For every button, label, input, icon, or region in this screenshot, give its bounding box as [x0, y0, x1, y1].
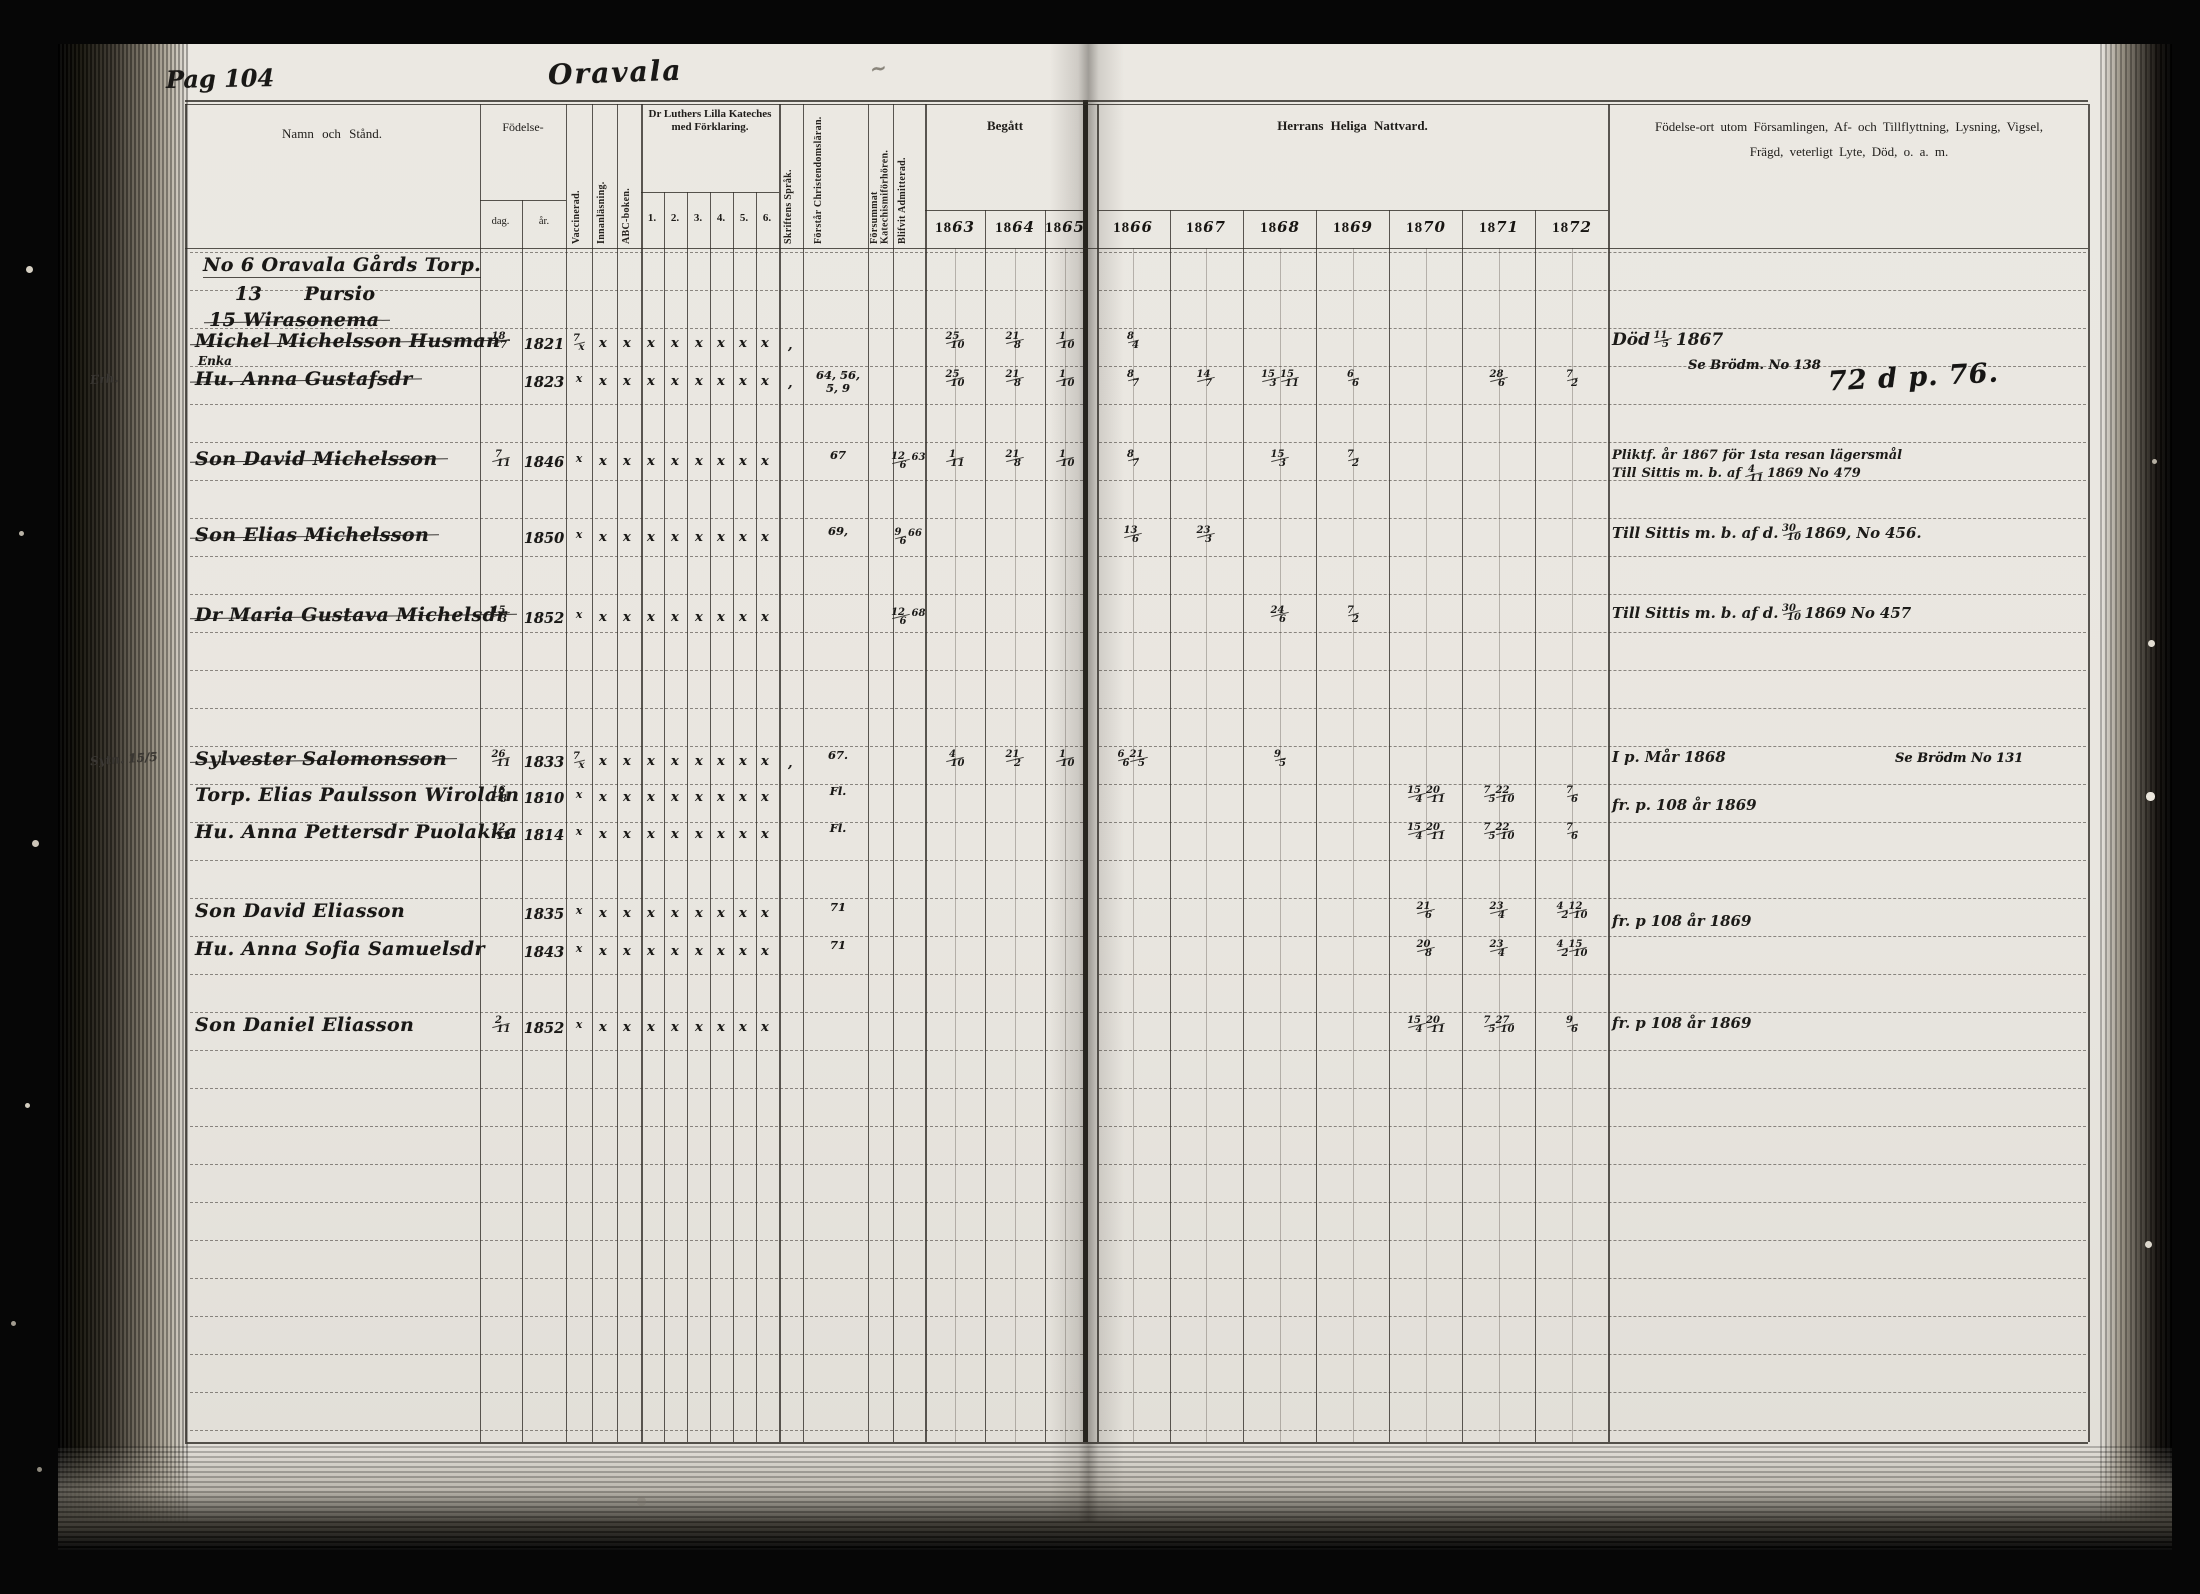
language-mark: , — [788, 376, 793, 391]
grid-column-line — [2088, 104, 2090, 1442]
birth-year-cell: 1850 — [522, 530, 566, 547]
mark-text: Mår — [1645, 748, 1679, 766]
date-fraction: 76 — [1568, 786, 1577, 804]
ledger-scan: Pag 104 Oravala ~ Namn och Stånd. Födels… — [0, 0, 2200, 1594]
ruled-line — [190, 480, 1083, 481]
exam-mark: x — [761, 1020, 769, 1035]
mark-text: 1869 — [1710, 912, 1752, 930]
date-fraction: 2011 — [1428, 1016, 1444, 1034]
page-number: Pag 104 — [166, 63, 275, 94]
date-fraction: 153 — [493, 606, 509, 624]
book-left-edge — [58, 44, 190, 1522]
mark-text: d. — [1763, 604, 1779, 622]
ruled-line — [1099, 594, 2086, 595]
ruled-line — [190, 1354, 1083, 1355]
ruled-line — [190, 670, 1083, 671]
birth-year-cell: 1846 — [522, 454, 566, 471]
year-cell-1866: 136 — [1101, 526, 1165, 544]
date-fraction: 75 — [1485, 823, 1494, 841]
mark-text: Till — [1612, 524, 1640, 542]
date-fraction: 2210 — [1497, 786, 1513, 804]
mark-text: år — [1687, 912, 1705, 930]
remark-text: Ip.Mår1868 — [1612, 748, 1726, 766]
ruled-line — [1099, 860, 2086, 861]
ruled-line — [1099, 746, 2086, 747]
mark-text: No — [1851, 604, 1875, 622]
year-cell-1871: 752210 — [1467, 786, 1531, 804]
page-title: Oravala — [547, 54, 683, 92]
person-name: Son David Eliasson — [195, 900, 405, 922]
mark-text: p. — [1635, 796, 1651, 814]
ruled-line — [190, 1240, 1083, 1241]
year-header-1866: 1866 — [1113, 218, 1153, 237]
birth-day-cell: 711 — [477, 450, 525, 468]
exam-mark: x — [623, 610, 631, 625]
year-cell-1868: 1531511 — [1248, 370, 1312, 388]
person-name: Hu. Anna Sofia Samuelsdr — [195, 938, 485, 960]
mark-text: 479 — [1834, 466, 1861, 481]
language-mark: , — [788, 338, 793, 353]
date-fraction: 410 — [947, 750, 963, 768]
exam-mark: x — [695, 530, 703, 545]
date-fraction: 411 — [1746, 465, 1762, 483]
date-fraction: 212 — [1007, 750, 1023, 768]
birth-year-cell: 1833 — [522, 754, 566, 771]
date-fraction: 2611 — [493, 750, 509, 768]
mark-text: 1869 — [1715, 796, 1757, 814]
date-fraction: 2011 — [1428, 786, 1444, 804]
birth-year-cell: 1852 — [522, 1020, 566, 1037]
ruled-line — [190, 518, 1083, 519]
mark-text: af — [1742, 604, 1758, 622]
ruled-line — [1099, 974, 2086, 975]
exam-mark: x — [623, 906, 631, 921]
col-header-forstar-christendomslaran: Förstår Christendomsläran. — [814, 110, 825, 244]
birth-day-cell: 153 — [477, 606, 525, 624]
grid-subcolumn-line — [1280, 248, 1281, 1442]
mark-text: fr. — [1612, 912, 1630, 930]
exam-mark: x — [671, 944, 679, 959]
date-fraction: 126 — [893, 608, 909, 626]
date-fraction: 218 — [1007, 332, 1023, 350]
exam-mark: x — [599, 454, 607, 469]
year-cell-1866: 66215 — [1101, 750, 1165, 768]
mark-text: 1868 — [1684, 748, 1726, 766]
grid-subcolumn-line — [1065, 248, 1066, 1442]
col-header-vaccinerad: Vaccinerad. — [572, 110, 583, 244]
col-header-namn: Namn och Stånd. — [207, 126, 457, 142]
mark-text: 1869 — [1710, 1014, 1752, 1032]
vaccination-cell: x — [564, 1018, 594, 1031]
date-fraction: 87 — [1129, 370, 1138, 388]
exam-mark: x — [599, 610, 607, 625]
mark-text: x — [576, 1018, 583, 1031]
grid-subcolumn-line — [1572, 248, 1573, 1442]
mark-text: x — [576, 942, 583, 955]
col-header-remarks-line2: Frägd, veterligt Lyte, Död, o. a. m. — [1618, 139, 2080, 164]
date-fraction: 72 — [1349, 606, 1358, 624]
forstar-value: 67 — [810, 448, 866, 462]
grid-row-line — [185, 100, 2088, 102]
date-fraction: 7x — [575, 752, 584, 770]
forstar-value: 71 — [810, 938, 866, 952]
ruled-line — [1099, 670, 2086, 671]
date-fraction: 1210 — [1570, 902, 1586, 920]
year-cell-1869: 66 — [1321, 370, 1385, 388]
vaccination-cell: x — [564, 372, 594, 385]
ruled-line — [1099, 1202, 2086, 1203]
grid-subcolumn-line — [1426, 248, 1427, 1442]
grid-row-line — [925, 210, 1085, 211]
year-cell-1868: 95 — [1248, 750, 1312, 768]
mark-text: 108 — [1656, 796, 1687, 814]
year-cell-1870: 1542011 — [1394, 786, 1458, 804]
year-cell-1866: 87 — [1101, 370, 1165, 388]
exam-mark: x — [717, 1020, 725, 1035]
person-name: 15 Wirasonema — [209, 309, 380, 331]
mark-text: af — [1742, 524, 1758, 542]
mark-text: för — [1723, 448, 1744, 463]
year-cell-1866: 84 — [1101, 332, 1165, 350]
ruled-line — [1099, 290, 2086, 291]
ruled-line — [190, 860, 1083, 861]
mark-text: x — [576, 372, 583, 385]
exam-mark: x — [761, 790, 769, 805]
year-cell-1872: 421210 — [1540, 902, 1604, 920]
date-fraction: 216 — [1418, 902, 1434, 920]
remark-text: TillSittism.b.af4111869No479 — [1612, 465, 1861, 483]
mark-text: p. — [1624, 748, 1640, 766]
mark-text: lägersmål — [1830, 448, 1902, 463]
date-fraction: 72 — [1349, 450, 1358, 468]
year-handwritten: 69 — [1350, 218, 1373, 236]
exam-mark: x — [695, 827, 703, 842]
exam-mark: x — [623, 374, 631, 389]
exam-mark: x — [695, 790, 703, 805]
remark-reference: Se Brödm. No 138 — [1688, 358, 1821, 373]
exam-mark: x — [623, 944, 631, 959]
exam-mark: x — [739, 906, 747, 921]
mark-text: år — [1687, 1014, 1705, 1032]
year-cell-1872: 76 — [1540, 786, 1604, 804]
forstar-value: 64, 56, — [810, 368, 866, 382]
year-printed: 18 — [1333, 220, 1350, 236]
mark-text: 1869 — [1804, 604, 1846, 622]
exam-mark: x — [695, 944, 703, 959]
date-fraction: 208 — [1418, 940, 1434, 958]
ruled-line — [1099, 1392, 2086, 1393]
year-handwritten: 65 — [1062, 218, 1085, 236]
exam-mark: x — [761, 610, 769, 625]
grid-column-line — [925, 104, 927, 1442]
year-cell-1872: 96 — [1540, 1016, 1604, 1034]
date-fraction: 3010 — [1784, 604, 1800, 622]
exam-mark: x — [717, 530, 725, 545]
mark-text: No — [1856, 524, 1880, 542]
grid-column-line — [868, 104, 869, 1442]
year-handwritten: 68 — [1277, 218, 1300, 236]
col-header-dag: dag. — [479, 216, 522, 227]
grid-column-line — [779, 104, 781, 1442]
mark-text: fr. — [1612, 796, 1630, 814]
mark-text: resan — [1785, 448, 1825, 463]
kateches-number: 6. — [763, 212, 771, 224]
birth-day-cell: 2611 — [477, 750, 525, 768]
year-cell-1868: 153 — [1248, 450, 1312, 468]
ruled-line — [1099, 784, 2086, 785]
remark-text: fr.p.108år1869 — [1612, 796, 1757, 814]
person-name: Michel Michelsson Husman — [195, 330, 500, 352]
exam-mark: x — [695, 906, 703, 921]
mark-text: No — [1808, 466, 1829, 481]
ruled-line — [190, 746, 1083, 747]
ruled-line — [1099, 632, 2086, 633]
year-cell-1872: 72 — [1540, 370, 1604, 388]
date-fraction: 42 — [1558, 940, 1567, 958]
grid-column-line — [664, 192, 665, 1442]
year-handwritten: 71 — [1496, 218, 1519, 236]
exam-mark: x — [695, 610, 703, 625]
year-cell-1869: 72 — [1321, 606, 1385, 624]
exam-mark: x — [647, 790, 655, 805]
person-name: Son Daniel Eliasson — [195, 1014, 414, 1036]
date-fraction: 154 — [1409, 823, 1425, 841]
exam-mark: x — [717, 754, 725, 769]
year-cell-1871: 752710 — [1467, 1016, 1531, 1034]
year-printed: 18 — [1552, 220, 1569, 236]
date-fraction: 234 — [1491, 940, 1507, 958]
year-header-1869: 1869 — [1333, 218, 1373, 237]
date-fraction: 286 — [1491, 370, 1507, 388]
birth-year-cell: 1821 — [522, 336, 566, 353]
exam-mark: x — [761, 530, 769, 545]
date-fraction: 66 — [1349, 370, 1358, 388]
date-fraction: 110 — [1057, 370, 1073, 388]
ruled-line — [190, 252, 1083, 253]
ruled-line — [190, 708, 1083, 709]
date-fraction: 1511 — [1282, 370, 1298, 388]
forstar-value: 5, 9 — [810, 381, 866, 395]
ruled-line — [190, 1392, 1083, 1393]
kateches-number: 5. — [740, 212, 748, 224]
exam-mark: x — [623, 336, 631, 351]
grid-column-line — [1243, 210, 1244, 1442]
col-header-ar: år. — [522, 216, 566, 227]
ruled-line — [190, 936, 1083, 937]
ruled-line — [1099, 1126, 2086, 1127]
ruled-line — [1099, 1012, 2086, 1013]
person-name: No 6 Oravala Gårds Torp. — [203, 254, 481, 278]
exam-mark: x — [647, 754, 655, 769]
mark-text: b. — [1721, 604, 1737, 622]
mark-text: Sittis — [1642, 466, 1681, 481]
date-fraction: 211 — [493, 1016, 509, 1034]
remark-text: fr.p108år1869 — [1612, 912, 1751, 930]
exam-mark: x — [671, 827, 679, 842]
grid-subcolumn-line — [1353, 248, 1354, 1442]
col-header-remarks-line1: Födelse-ort utom Församlingen, Af- och T… — [1618, 114, 2080, 139]
year-printed: 18 — [1186, 220, 1203, 236]
birth-day-cell: 1212 — [477, 823, 525, 841]
grid-column-line — [985, 210, 986, 1442]
year-handwritten: 66 — [1130, 218, 1153, 236]
year-cell-1871: 752210 — [1467, 823, 1531, 841]
exam-mark: x — [739, 1020, 747, 1035]
year-cell-1863: 111 — [923, 450, 987, 468]
exam-mark: x — [623, 530, 631, 545]
grid-column-line — [480, 104, 481, 1442]
exam-mark: x — [671, 906, 679, 921]
date-fraction: 126 — [893, 452, 909, 470]
date-fraction: 110 — [1057, 450, 1073, 468]
date-fraction: 2210 — [1497, 823, 1513, 841]
vaccination-cell: 7x — [564, 752, 594, 770]
date-fraction: 76 — [1568, 823, 1577, 841]
mark-text: m. — [1695, 524, 1716, 542]
year-cell-1871: 234 — [1467, 902, 1531, 920]
grid-column-line — [1389, 210, 1390, 1442]
exam-mark: x — [761, 827, 769, 842]
exam-mark: x — [717, 790, 725, 805]
grid-row-line — [185, 104, 2088, 105]
grid-subcolumn-line — [1015, 248, 1016, 1442]
birth-day-cell: 168 — [477, 786, 525, 804]
grid-column-line — [566, 104, 567, 1442]
ruled-line — [1099, 1050, 2086, 1051]
exam-mark: x — [761, 754, 769, 769]
date-fraction: 1510 — [1570, 940, 1586, 958]
exam-mark: x — [739, 336, 747, 351]
mark-text: x — [576, 825, 583, 838]
col-header-forsummat-katechismiforhoren: Försummat Katechismiförhören. — [870, 110, 891, 244]
ruled-line — [1099, 1278, 2086, 1279]
exam-mark: x — [647, 530, 655, 545]
remark-text: TillSittism.b.afd.30101869,No456. — [1612, 524, 1922, 542]
mark-text: b. — [1721, 524, 1737, 542]
exam-mark: x — [599, 336, 607, 351]
date-fraction: 218 — [1007, 370, 1023, 388]
person-name-above: Enka — [198, 354, 232, 368]
admitterad-cell: 12668 — [883, 608, 935, 626]
mark-text: 457 — [1880, 604, 1911, 622]
year-handwritten: 70 — [1423, 218, 1446, 236]
book-right-edge — [2100, 44, 2172, 1522]
mark-text: x — [576, 528, 583, 541]
ruled-line — [1099, 518, 2086, 519]
year-cell-1863: 2510 — [923, 370, 987, 388]
exam-mark: x — [671, 790, 679, 805]
mark-text: 108 — [1651, 912, 1682, 930]
mark-text: Död — [1612, 330, 1650, 350]
year-printed: 18 — [1406, 220, 1423, 236]
exam-mark: x — [623, 1020, 631, 1035]
kateches-number: 1. — [648, 212, 656, 224]
date-fraction: 218 — [1007, 450, 1023, 468]
grid-row-line — [641, 192, 779, 193]
vaccination-cell: x — [564, 942, 594, 955]
ruled-line — [190, 1316, 1083, 1317]
mark-text: m. — [1685, 466, 1703, 481]
year-handwritten: 64 — [1012, 218, 1035, 236]
col-header-begatt: Begått — [925, 118, 1085, 134]
year-printed: 18 — [995, 220, 1012, 236]
year-cell-1865: 110 — [1033, 450, 1097, 468]
col-header-blifvit-admitterad: Blifvit Admitterad. — [898, 110, 909, 244]
exam-mark: x — [761, 454, 769, 469]
exam-mark: x — [671, 374, 679, 389]
year-cell-1870: 1542011 — [1394, 823, 1458, 841]
year-printed: 18 — [1260, 220, 1277, 236]
birth-year-cell: 1810 — [522, 790, 566, 807]
exam-mark: x — [671, 1020, 679, 1035]
kateches-number: 4. — [717, 212, 725, 224]
exam-mark: x — [761, 944, 769, 959]
grid-column-line — [687, 192, 688, 1442]
remark-text: fr.p108år1869 — [1612, 1014, 1751, 1032]
year-printed: 18 — [1113, 220, 1130, 236]
mark-text: år — [1661, 448, 1676, 463]
vaccination-cell: x — [564, 452, 594, 465]
grid-subcolumn-line — [1499, 248, 1500, 1442]
grid-column-line — [641, 104, 643, 1442]
kateches-number: 2. — [671, 212, 679, 224]
birth-year-cell: 1814 — [522, 827, 566, 844]
mark-text: Pliktf. — [1612, 448, 1656, 463]
birth-year-cell: 1835 — [522, 906, 566, 923]
ruled-line — [1099, 1354, 2086, 1355]
remark-text: Död1151867 — [1612, 330, 1723, 350]
year-header-1864: 1864 — [995, 218, 1035, 237]
date-fraction: 3010 — [1784, 524, 1800, 542]
ruled-line — [190, 898, 1083, 899]
exam-mark: x — [623, 790, 631, 805]
mark-text: 1869, — [1804, 524, 1851, 542]
mark-text: x — [576, 608, 583, 621]
date-fraction: 2710 — [1497, 1016, 1513, 1034]
date-fraction: 187 — [493, 332, 509, 350]
person-name: Torp. Elias Paulsson Wirolain — [195, 784, 519, 806]
year-cell-1863: 2510 — [923, 332, 987, 350]
mark-text: p — [1635, 1014, 1646, 1032]
year-handwritten: 72 — [1569, 218, 1592, 236]
ruled-line — [1099, 898, 2086, 899]
grid-column-line — [756, 192, 757, 1442]
year-cell-1867: 147 — [1174, 370, 1238, 388]
exam-mark: x — [739, 827, 747, 842]
ruled-line — [1099, 556, 2086, 557]
grid-subcolumn-line — [1206, 248, 1207, 1442]
col-header-skriftens-sprak: Skriftens Språk. — [784, 110, 795, 244]
exam-mark: x — [623, 754, 631, 769]
year-cell-1865: 110 — [1033, 332, 1097, 350]
grid-column-line — [1316, 210, 1317, 1442]
ruled-line — [190, 1126, 1083, 1127]
exam-mark: x — [599, 530, 607, 545]
mark-text: 1sta — [1749, 448, 1780, 463]
year-cell-1870: 208 — [1394, 940, 1458, 958]
ruled-line — [190, 974, 1083, 975]
year-cell-1872: 76 — [1540, 823, 1604, 841]
person-name: Son Elias Michelsson — [195, 524, 429, 546]
remark-text: Pliktf.år1867för1staresanlägersmål — [1612, 448, 1902, 463]
ruled-line — [1099, 252, 2086, 253]
year-cell-1867: 233 — [1174, 526, 1238, 544]
date-fraction: 7x — [575, 334, 584, 352]
mark-text: Till — [1612, 466, 1637, 481]
exam-mark: x — [739, 454, 747, 469]
exam-mark: x — [761, 336, 769, 351]
ruled-line — [1099, 1088, 2086, 1089]
